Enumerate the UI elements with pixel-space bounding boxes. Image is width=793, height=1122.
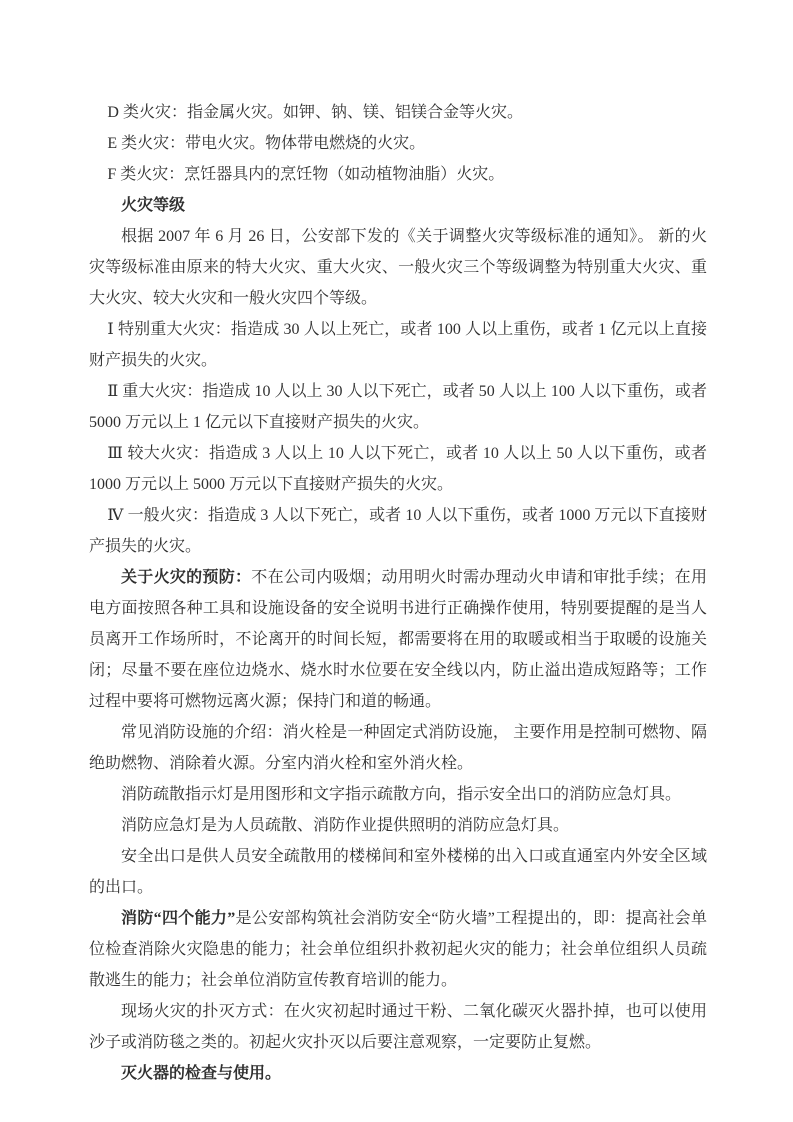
paragraph-text: Ⅱ 重大火灾：指造成 10 人以上 30 人以下死亡，或者 50 人以上 100… — [89, 383, 707, 431]
paragraph-emergency-light: 消防应急灯是为人员疏散、消防作业提供照明的消防应急灯具。 — [89, 810, 707, 841]
paragraph-fire-class-d: D 类火灾：指金属火灾。如钾、钠、镁、铝镁合金等火灾。 — [89, 97, 707, 128]
paragraph-fire-class-f: F 类火灾：烹饪器具内的烹饪物（如动植物油脂）火灾。 — [89, 159, 707, 190]
paragraph-text: Ⅳ 一般火灾：指造成 3 人以下死亡，或者 10 人以下重伤，或者 1000 万… — [89, 507, 707, 555]
paragraph-text: F 类火灾：烹饪器具内的烹饪物（如动植物油脂）火灾。 — [107, 166, 504, 183]
paragraph-grades-intro: 根据 2007 年 6 月 26 日，公安部下发的《关于调整火灾等级标准的通知》… — [89, 221, 707, 314]
paragraph-fire-prevention: 关于火灾的预防：不在公司内吸烟；动用明火时需办理动火申请和审批手续；在用电方面按… — [89, 562, 707, 717]
paragraph-text: Ⅰ 特别重大火灾：指造成 30 人以上死亡，或者 100 人以上重伤，或者 1 … — [89, 321, 707, 369]
paragraph-grade-1: Ⅰ 特别重大火灾：指造成 30 人以上死亡，或者 100 人以上重伤，或者 1 … — [89, 314, 707, 376]
paragraph-grade-2: Ⅱ 重大火灾：指造成 10 人以上 30 人以下死亡，或者 50 人以上 100… — [89, 376, 707, 438]
paragraph-text: Ⅲ 较大火灾：指造成 3 人以上 10 人以下死亡，或者 10 人以上 50 人… — [89, 445, 707, 493]
paragraph-evacuation-sign: 消防疏散指示灯是用图形和文字指示疏散方向，指示安全出口的消防应急灯具。 — [89, 779, 707, 810]
document-page: D 类火灾：指金属火灾。如钾、钠、镁、铝镁合金等火灾。 E 类火灾：带电火灾。物… — [0, 0, 793, 1122]
heading-text: 灭火器的检查与使用。 — [121, 1065, 281, 1082]
paragraph-text: 现场火灾的扑灭方式：在火灾初起时通过干粉、二氧化碳灭火器扑掉，也可以使用沙子或消… — [89, 1003, 707, 1051]
paragraph-bold-lead: 关于火灾的预防： — [121, 569, 251, 586]
paragraph-text: 消防应急灯是为人员疏散、消防作业提供照明的消防应急灯具。 — [121, 817, 569, 834]
paragraph-text: 根据 2007 年 6 月 26 日，公安部下发的《关于调整火灾等级标准的通知》… — [89, 228, 707, 307]
paragraph-four-abilities: 消防“四个能力”是公安部构筑社会消防安全“防火墙”工程提出的，即：提高社会单位检… — [89, 903, 707, 996]
paragraph-safety-exit: 安全出口是供人员安全疏散用的楼梯间和室外楼梯的出入口或直通室内外安全区域的出口。 — [89, 841, 707, 903]
paragraph-fire-class-e: E 类火灾：带电火灾。物体带电燃烧的火灾。 — [89, 128, 707, 159]
paragraph-text: 常见消防设施的介绍：消火栓是一种固定式消防设施， 主要作用是控制可燃物、隔绝助燃… — [89, 724, 707, 772]
heading-extinguisher-use: 灭火器的检查与使用。 — [89, 1058, 707, 1089]
paragraph-bold-lead: 消防“四个能力” — [121, 910, 235, 927]
paragraph-onsite-extinguishing: 现场火灾的扑灭方式：在火灾初起时通过干粉、二氧化碳灭火器扑掉，也可以使用沙子或消… — [89, 996, 707, 1058]
paragraph-text: E 类火灾：带电火灾。物体带电燃烧的火灾。 — [107, 135, 425, 152]
paragraph-text: 安全出口是供人员安全疏散用的楼梯间和室外楼梯的出入口或直通室内外安全区域的出口。 — [89, 848, 707, 896]
heading-fire-grades: 火灾等级 — [89, 190, 707, 221]
paragraph-fire-facilities: 常见消防设施的介绍：消火栓是一种固定式消防设施， 主要作用是控制可燃物、隔绝助燃… — [89, 717, 707, 779]
paragraph-text: 消防疏散指示灯是用图形和文字指示疏散方向，指示安全出口的消防应急灯具。 — [121, 786, 681, 803]
paragraph-text: D 类火灾：指金属火灾。如钾、钠、镁、铝镁合金等火灾。 — [107, 104, 523, 121]
document-content: D 类火灾：指金属火灾。如钾、钠、镁、铝镁合金等火灾。 E 类火灾：带电火灾。物… — [89, 97, 707, 1089]
paragraph-grade-4: Ⅳ 一般火灾：指造成 3 人以下死亡，或者 10 人以下重伤，或者 1000 万… — [89, 500, 707, 562]
paragraph-text: 不在公司内吸烟；动用明火时需办理动火申请和审批手续；在用电方面按照各种工具和设施… — [89, 569, 707, 710]
paragraph-grade-3: Ⅲ 较大火灾：指造成 3 人以上 10 人以下死亡，或者 10 人以上 50 人… — [89, 438, 707, 500]
heading-text: 火灾等级 — [121, 197, 185, 214]
